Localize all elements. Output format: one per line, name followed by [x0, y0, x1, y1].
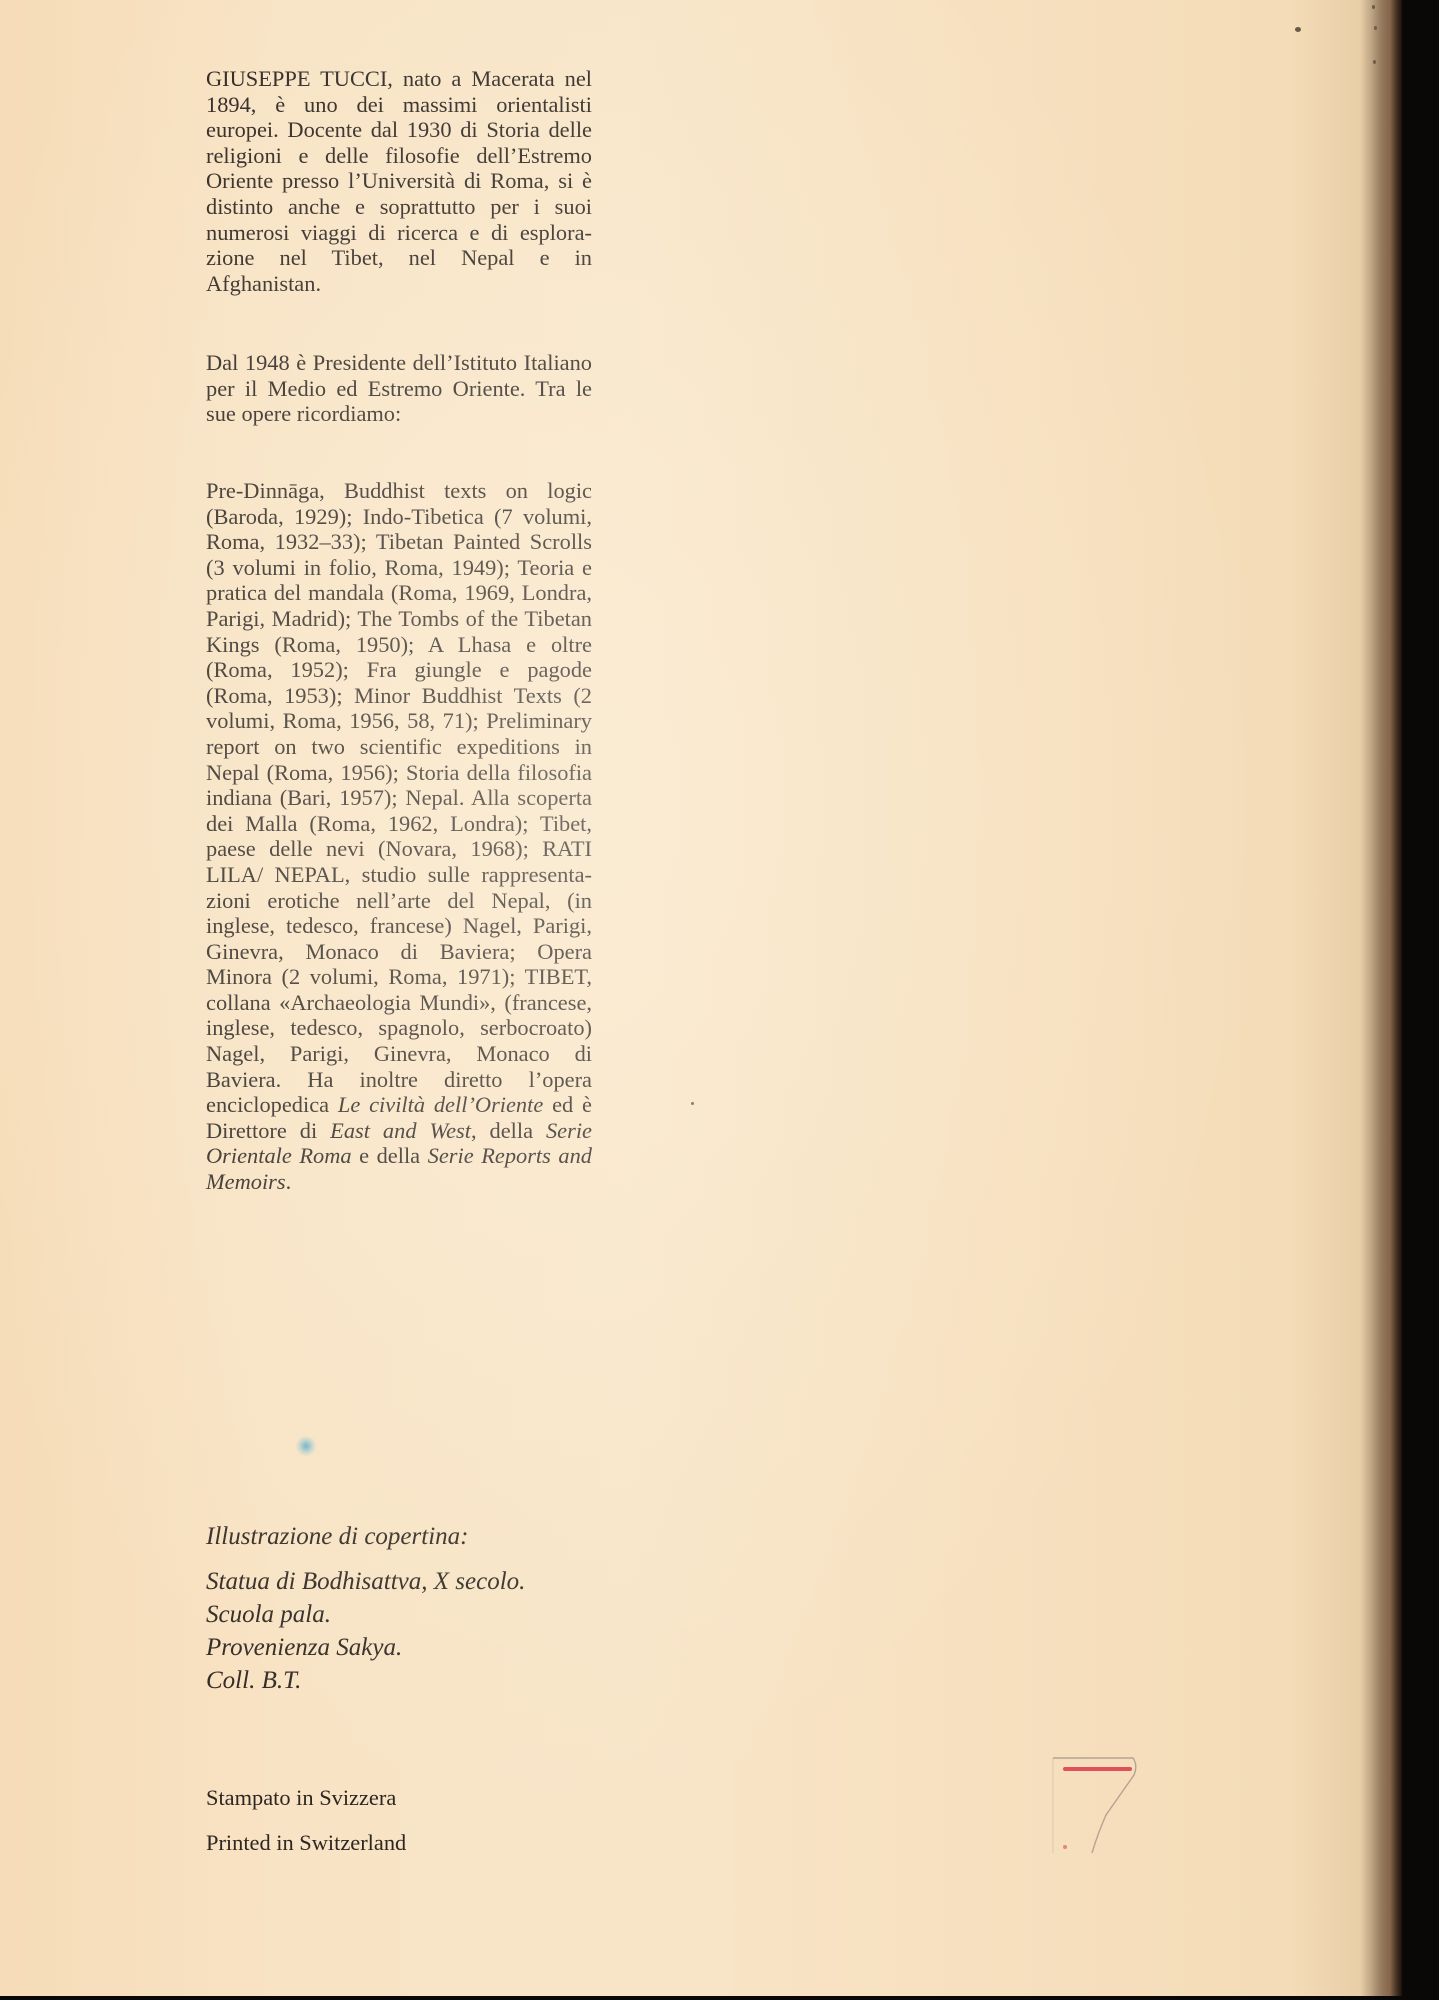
cover-caption-heading: Illustrazione di copertina: — [206, 1520, 525, 1553]
works-title-civilta: Le civiltà dell’Oriente — [338, 1092, 543, 1117]
works-text-4: e della — [352, 1143, 428, 1168]
cover-caption: Illustrazione di copertina: Statua di Bo… — [206, 1520, 525, 1697]
works-text-3: , della — [471, 1118, 546, 1143]
works-text-1: Pre-Dinnāga, Buddhist texts on logic (Ba… — [206, 478, 592, 1117]
author-role-text: Dal 1948 è Presidente dell’Istituto Ital… — [206, 350, 592, 427]
cover-caption-line: Provenienza Sakya. — [206, 1631, 525, 1664]
cover-caption-line: Coll. B.T. — [206, 1664, 525, 1697]
printed-in-english: Printed in Switzerland — [206, 1820, 406, 1865]
printed-in-italian: Stampato in Svizzera — [206, 1775, 406, 1820]
dust-speck — [691, 1102, 694, 1105]
book-flap-page: GIUSEPPE TUCCI, nato a Mace­rata nel 189… — [0, 0, 1402, 1996]
printing-info: Stampato in Svizzera Printed in Switzerl… — [206, 1775, 406, 1865]
author-role-paragraph: Dal 1948 è Presidente dell’Istituto Ital… — [206, 350, 592, 427]
publisher-logo-icon — [1050, 1755, 1140, 1855]
page-edge-shadow — [1372, 0, 1402, 1996]
cover-caption-line: Scuola pala. — [206, 1598, 525, 1631]
dust-speck — [1295, 27, 1301, 32]
works-list-text: Pre-Dinnāga, Buddhist texts on logic (Ba… — [206, 478, 592, 1195]
works-text-5: . — [286, 1169, 292, 1194]
author-bio-paragraph: GIUSEPPE TUCCI, nato a Mace­rata nel 189… — [206, 66, 592, 296]
works-list-paragraph: Pre-Dinnāga, Buddhist texts on logic (Ba… — [206, 478, 592, 1195]
works-title-east-west: East and West — [330, 1118, 471, 1143]
author-bio-text: GIUSEPPE TUCCI, nato a Mace­rata nel 189… — [206, 66, 592, 296]
ink-speck — [296, 1436, 316, 1456]
cover-caption-line: Statua di Bodhisattva, X secolo. — [206, 1565, 525, 1598]
